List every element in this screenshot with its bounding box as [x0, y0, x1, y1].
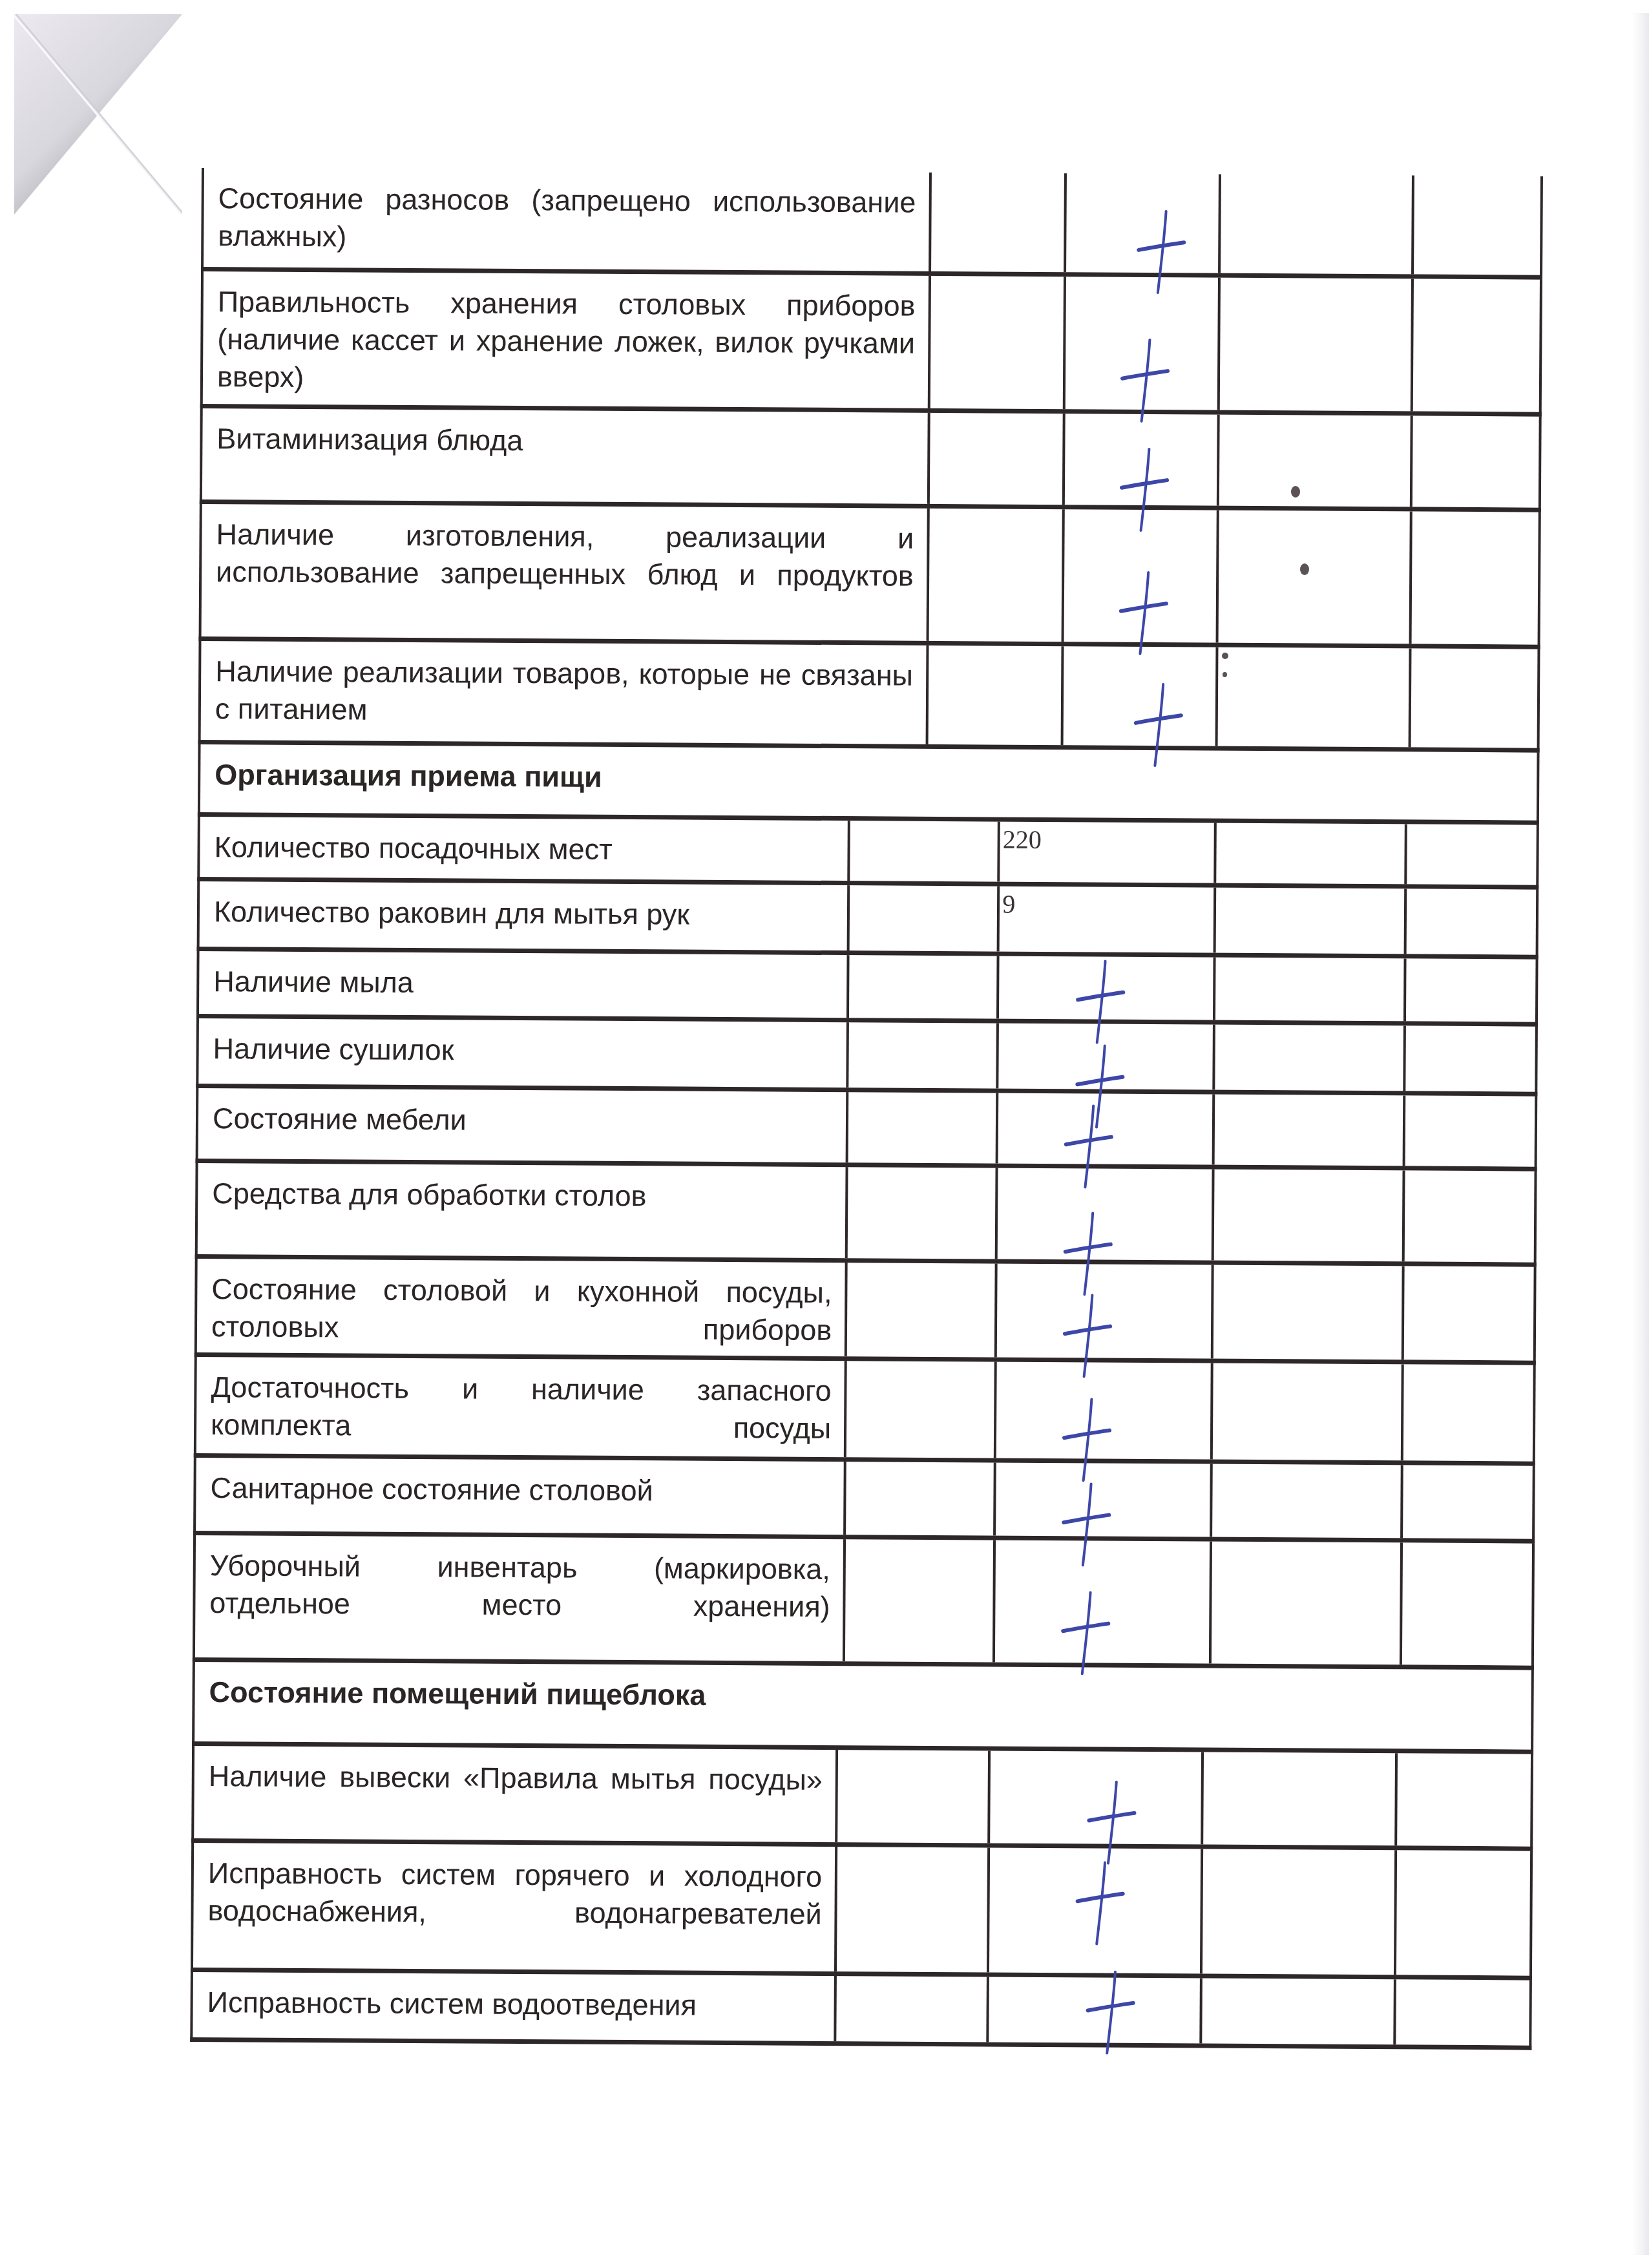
- mark-cell-4: [1405, 1025, 1535, 1091]
- mark-cell-1: [850, 885, 1000, 951]
- mark-cell-2: [998, 1093, 1215, 1165]
- mark-cell-4: [1414, 175, 1540, 275]
- mark-cell-2: [999, 1024, 1215, 1090]
- mark-cell-1: [849, 955, 1000, 1018]
- criterion-label: Наличие изготовления, реализации и испол…: [202, 504, 930, 641]
- mark-cell-1: [929, 509, 1064, 642]
- criterion-label: Состояние мебели: [198, 1088, 849, 1162]
- mark-cell-4: [1396, 1850, 1530, 1975]
- checklist-row: Состояние разносов (запрещено использова…: [201, 168, 1543, 280]
- mark-cell-1: [930, 413, 1066, 505]
- fold-crease: [14, 14, 182, 215]
- checklist-row: Достаточность и наличие запасного компле…: [194, 1357, 1536, 1466]
- criterion-label: Достаточность и наличие запасного компле…: [196, 1357, 847, 1457]
- checklist-row: Исправность систем водоотведения: [190, 1972, 1532, 2050]
- criterion-label: Наличие реализации товаров, которые не с…: [201, 641, 929, 744]
- dust-speck: [1300, 563, 1309, 575]
- checklist-row: Количество посадочных мест220: [197, 817, 1539, 890]
- mark-cell-4: [1406, 958, 1536, 1022]
- mark-cell-2: [997, 1264, 1214, 1359]
- mark-cell-2: [1066, 277, 1221, 410]
- mark-cell-4: [1411, 648, 1537, 748]
- mark-cell-2: [1065, 414, 1220, 505]
- checklist-row: Санитарное состояние столовой: [193, 1458, 1535, 1544]
- mark-cell-4: [1404, 1266, 1534, 1360]
- criterion-label: Количество посадочных мест: [200, 817, 850, 881]
- dust-speck: [1222, 653, 1228, 659]
- checklist-row: Наличие реализации товаров, которые не с…: [198, 641, 1540, 753]
- checklist-row: Витаминизация блюда: [200, 408, 1542, 512]
- mark-cell-1: [848, 1167, 998, 1259]
- mark-cell-4: [1403, 1465, 1533, 1538]
- mark-cell-4: [1411, 511, 1538, 644]
- section-header-row: Состояние помещений пищеблока: [192, 1662, 1534, 1754]
- mark-cell-2: [989, 1848, 1203, 1974]
- mark-cell-3: [1203, 1752, 1398, 1846]
- dust-speck: [1291, 486, 1300, 498]
- mark-cell-1: [848, 1092, 999, 1163]
- mark-cell-1: [850, 821, 1000, 881]
- mark-cell-4: [1397, 1753, 1531, 1846]
- mark-cell-4: [1406, 888, 1536, 954]
- mark-cell-1: [928, 646, 1064, 745]
- mark-cell-2: [989, 1977, 1203, 2044]
- criterion-label: Состояние разносов (запрещено использова…: [204, 168, 932, 271]
- mark-cell-3: [1218, 510, 1412, 644]
- checklist-row: Наличие изготовления, реализации и испол…: [199, 504, 1541, 649]
- section-title: Состояние помещений пищеблока: [194, 1662, 1531, 1750]
- checklist-row: Количество раковин для мытья рук9: [197, 881, 1539, 960]
- inspection-checklist-table: Состояние разносов (запрещено использова…: [190, 168, 1543, 2050]
- mark-cell-2: [998, 1168, 1215, 1261]
- handwritten-plus-mark: [1085, 1970, 1137, 2054]
- criterion-label: Наличие вывески «Правила мытья посуды»: [194, 1746, 838, 1842]
- mark-cell-4: [1405, 1095, 1535, 1166]
- criterion-label: Правильность хранения столовых приборов …: [203, 271, 931, 408]
- criterion-label: Наличие сушилок: [198, 1018, 849, 1087]
- criterion-label: Санитарное состояние столовой: [196, 1458, 846, 1535]
- section-header-row: Организация приема пищи: [198, 744, 1540, 825]
- handwritten-plus-mark: [1120, 339, 1172, 423]
- mark-cell-2: [995, 1540, 1212, 1664]
- mark-cell-2: [1066, 173, 1221, 273]
- section-title: Организация приема пищи: [200, 744, 1537, 821]
- mark-cell-4: [1413, 278, 1540, 412]
- mark-cell-1: [848, 1022, 999, 1088]
- mark-cell-3: [1218, 647, 1412, 748]
- criterion-label: Исправность систем водоотведения: [193, 1972, 837, 2041]
- checklist-row: Наличие вывески «Правила мытья посуды»: [191, 1746, 1533, 1851]
- mark-cell-3: [1213, 1265, 1405, 1360]
- mark-cell-3: [1216, 888, 1407, 954]
- mark-cell-3: [1213, 1363, 1404, 1461]
- criterion-label: Количество раковин для мытья рук: [200, 881, 850, 950]
- dust-speck: [1223, 672, 1227, 677]
- handwritten-plus-mark: [1060, 1591, 1113, 1675]
- mark-cell-3: [1216, 823, 1407, 885]
- mark-cell-2: [999, 956, 1215, 1020]
- mark-cell-1: [837, 1750, 991, 1843]
- mark-cell-2: [996, 1463, 1212, 1537]
- checklist-row: Состояние мебели: [196, 1088, 1538, 1171]
- checklist-row: Средства для обработки столов: [195, 1163, 1537, 1267]
- mark-cell-3: [1215, 1025, 1405, 1091]
- scan-edge-shadow: [1632, 13, 1649, 2255]
- mark-cell-1: [931, 173, 1067, 272]
- checklist-row: Уборочный инвентарь (маркировка, отдельн…: [193, 1535, 1535, 1670]
- mark-cell-3: [1221, 174, 1414, 275]
- criterion-label: Исправность систем горячего и холодного …: [193, 1843, 837, 1971]
- mark-cell-1: [846, 1361, 997, 1458]
- mark-cell-3: [1219, 415, 1413, 507]
- criterion-label: Витаминизация блюда: [202, 408, 930, 504]
- mark-cell-3: [1214, 1170, 1405, 1262]
- handwritten-plus-mark: [1075, 1861, 1128, 1945]
- mark-cell-3: [1212, 1542, 1403, 1665]
- mark-cell-2: [1064, 509, 1219, 642]
- mark-cell-4: [1402, 1542, 1532, 1665]
- checklist-row: Состояние столовой и кухонной посуды, ст…: [194, 1259, 1537, 1365]
- mark-cell-1: [930, 276, 1066, 409]
- mark-cell-4: [1407, 824, 1537, 885]
- mark-cell-2: 9: [1000, 887, 1216, 953]
- checklist-row: Исправность систем горячего и холодного …: [191, 1843, 1533, 1980]
- criterion-label: Наличие мыла: [199, 951, 850, 1018]
- mark-cell-2: [1063, 646, 1218, 746]
- mark-cell-3: [1215, 958, 1406, 1022]
- mark-cell-4: [1396, 1979, 1529, 2045]
- criterion-label: Средства для обработки столов: [198, 1163, 848, 1258]
- mark-cell-3: [1203, 1849, 1397, 1975]
- handwritten-plus-mark: [1118, 571, 1170, 655]
- mark-cell-1: [847, 1263, 998, 1357]
- mark-cell-2: 220: [1000, 822, 1217, 883]
- mark-cell-2: [996, 1362, 1213, 1460]
- mark-cell-1: [845, 1539, 996, 1662]
- mark-cell-4: [1413, 415, 1539, 507]
- criterion-label: Уборочный инвентарь (маркировка, отдельн…: [195, 1535, 846, 1661]
- checklist-row: Наличие сушилок: [196, 1018, 1538, 1097]
- mark-cell-3: [1215, 1095, 1406, 1166]
- mark-cell-4: [1403, 1364, 1533, 1461]
- mark-cell-1: [837, 1976, 990, 2042]
- mark-cell-3: [1202, 1979, 1396, 2045]
- mark-cell-1: [837, 1847, 990, 1972]
- mark-cell-3: [1212, 1464, 1403, 1538]
- handwritten-value: 9: [1000, 887, 1213, 920]
- mark-cell-1: [846, 1462, 996, 1535]
- checklist-row: Правильность хранения столовых приборов …: [200, 271, 1542, 417]
- handwritten-value: 220: [1000, 822, 1214, 856]
- mark-cell-4: [1404, 1170, 1534, 1262]
- mark-cell-2: [990, 1751, 1204, 1845]
- checklist-row: Наличие мыла: [196, 951, 1539, 1027]
- criterion-label: Состояние столовой и кухонной посуды, ст…: [197, 1259, 848, 1356]
- mark-cell-3: [1220, 278, 1414, 412]
